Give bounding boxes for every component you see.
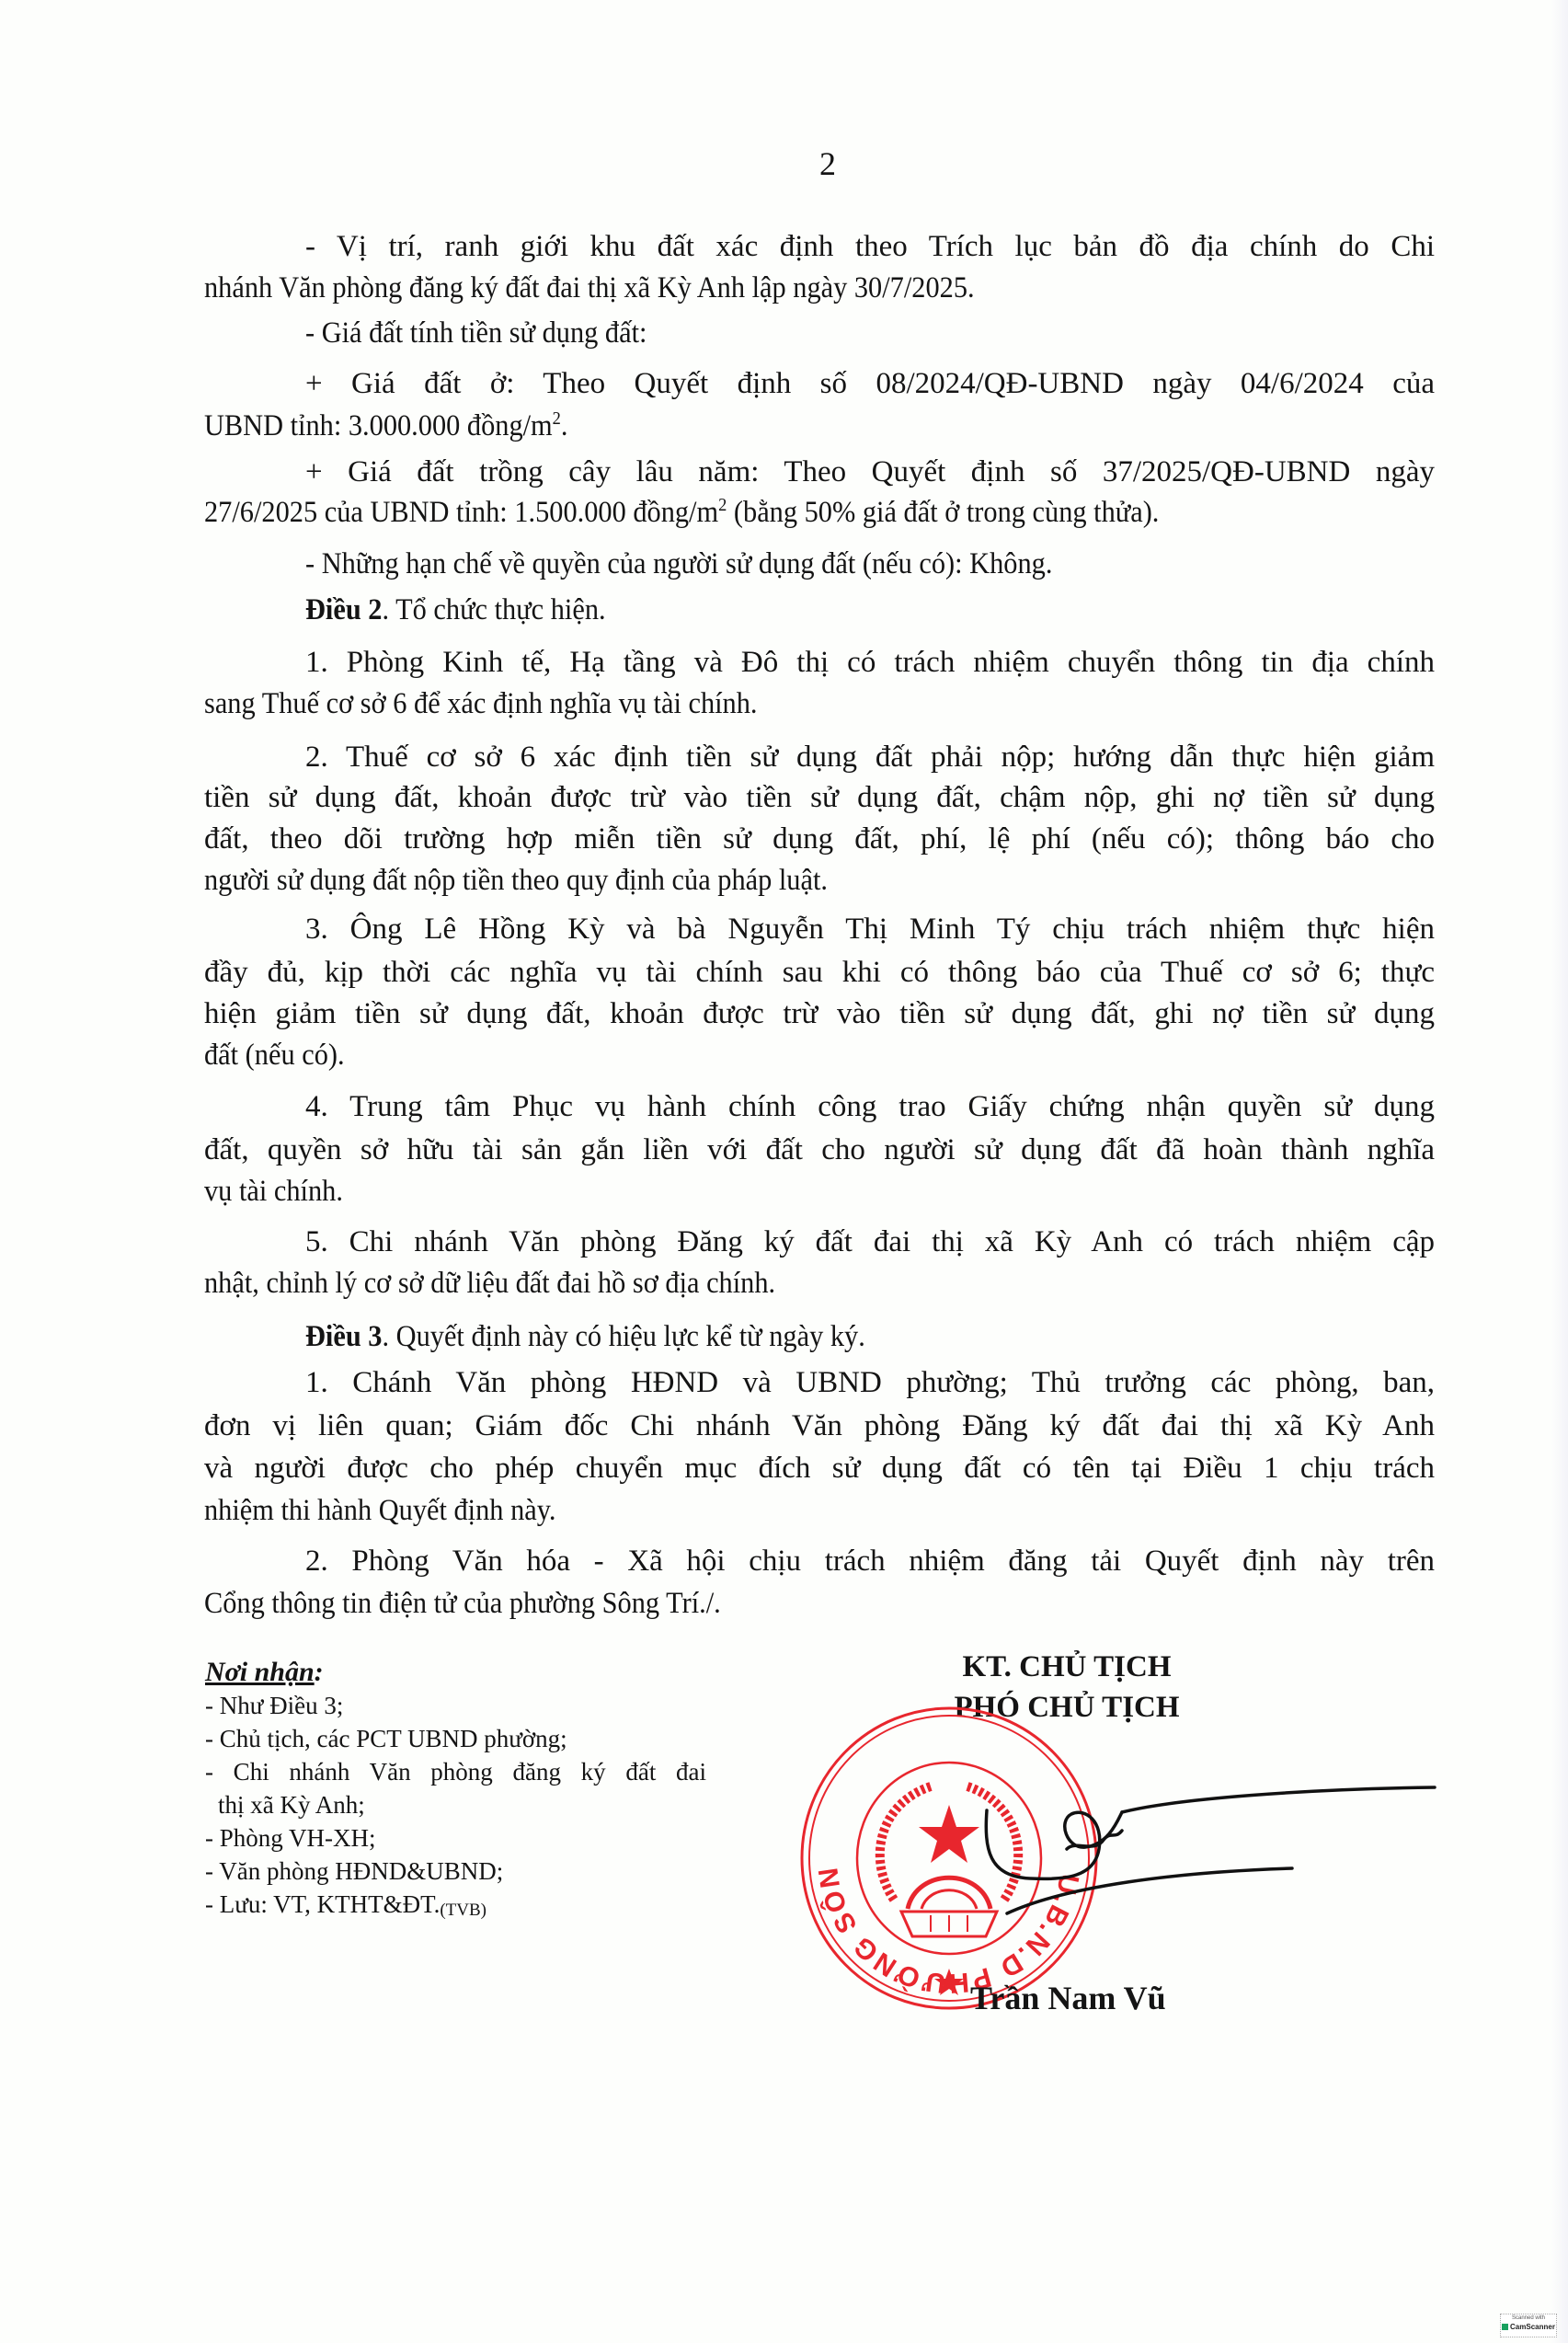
body-line: 4. Trung tâm Phục vụ hành chính công tra… [305,1086,1435,1127]
superscript: 2 [718,495,727,515]
recipient-item: - Như Điều 3; [205,1689,720,1722]
camscanner-watermark: Scanned with CamScanner [1500,2314,1557,2337]
signatory-title-line1: KT. CHỦ TỊCH [920,1647,1214,1687]
body-line: đơn vị liên quan; Giám đốc Chi nhánh Văn… [204,1406,1435,1446]
body-line: nhiệm thi hành Quyết định này. [204,1490,1336,1531]
body-line: người sử dụng đất nộp tiền theo quy định… [204,860,1336,901]
body-line: 1. Phòng Kinh tế, Hạ tầng và Đô thị có t… [305,642,1435,683]
body-line: 2. Phòng Văn hóa - Xã hội chịu trách nhi… [305,1541,1435,1581]
body-line: hiện giảm tiền sử dụng đất, khoản được t… [204,993,1435,1034]
body-line: Cổng thông tin điện tử của phường Sông T… [204,1583,1336,1624]
body-line: sang Thuế cơ sở 6 để xác định nghĩa vụ t… [204,683,1336,724]
article-heading: Điều 2 [305,593,382,626]
body-line: + Giá đất ở: Theo Quyết định số 08/2024/… [305,363,1435,404]
recipients-block: Nơi nhận: - Như Điều 3; - Chủ tịch, các … [205,1656,720,1927]
superscript: 2 [553,408,561,429]
body-line: 27/6/2025 của UBND tỉnh: 1.500.000 đồng/… [204,492,1336,533]
watermark-brand: CamScanner [1510,2323,1555,2331]
watermark-line1: Scanned with [1501,2314,1556,2322]
page-number: 2 [809,145,846,182]
body-line: + Giá đất trồng cây lâu năm: Theo Quyết … [305,452,1435,492]
body-line: đất (nếu có). [204,1035,1336,1075]
body-line: - Vị trí, ranh giới khu đất xác định the… [305,226,1435,267]
body-line: - Những hạn chế về quyền của người sử dụ… [305,544,1345,584]
recipients-title-text: Nơi nhận [205,1657,315,1687]
recipients-title: Nơi nhận: [205,1656,720,1689]
drafter-initials: (TVB) [440,1901,486,1920]
watermark-line2: CamScanner [1501,2322,1556,2332]
body-line: nhánh Văn phòng đăng ký đất đai thị xã K… [204,268,1336,308]
body-line: đất, quyền sở hữu tài sản gắn liền với đ… [204,1130,1435,1170]
body-line: Điều 2. Tổ chức thực hiện. [305,590,1345,630]
signer-name: Trần Nam Vũ [970,1978,1166,2018]
article-heading: Điều 3 [305,1320,382,1353]
recipient-item-text: - Lưu: VT, KTHT&ĐT. [205,1890,440,1918]
camscanner-logo-icon [1502,2324,1508,2330]
body-line: vụ tài chính. [204,1171,1336,1212]
body-line: - Giá đất tính tiền sử dụng đất: [305,313,1345,353]
page-edge-shadow [1551,0,1568,2343]
recipient-item: - Phòng VH-XH; [205,1821,720,1855]
handwritten-signature-icon [791,1702,1453,2005]
body-line: tiền sử dụng đất, khoản được trừ vào tiề… [204,777,1435,818]
body-line: nhật, chỉnh lý cơ sở dữ liệu đất đai hồ … [204,1263,1336,1304]
body-line: 1. Chánh Văn phòng HĐND và UBND phường; … [305,1362,1435,1403]
body-line: 2. Thuế cơ sở 6 xác định tiền sử dụng đấ… [305,737,1435,777]
recipient-item: - Lưu: VT, KTHT&ĐT.(TVB) [205,1888,720,1927]
body-line: 5. Chi nhánh Văn phòng Đăng ký đất đai t… [305,1222,1435,1262]
body-line: Điều 3. Quyết định này có hiệu lực kể từ… [305,1316,1345,1357]
recipient-item: - Văn phòng HĐND&UBND; [205,1855,720,1888]
recipient-item-continuation: thị xã Kỳ Anh; [205,1788,720,1821]
body-line: 3. Ông Lê Hồng Kỳ và bà Nguyễn Thị Minh … [305,909,1435,949]
recipient-item: - Chi nhánh Văn phòng đăng ký đất đai [205,1755,706,1788]
body-line: và người được cho phép chuyển mục đích s… [204,1448,1435,1488]
recipient-item: - Chủ tịch, các PCT UBND phường; [205,1722,720,1755]
body-line: đầy đủ, kịp thời các nghĩa vụ tài chính … [204,952,1435,993]
body-line: UBND tỉnh: 3.000.000 đồng/m2. [204,406,1336,446]
body-line: đất, theo dõi trường hợp miễn tiền sử dụ… [204,819,1435,859]
recipients-title-colon: : [315,1657,324,1687]
